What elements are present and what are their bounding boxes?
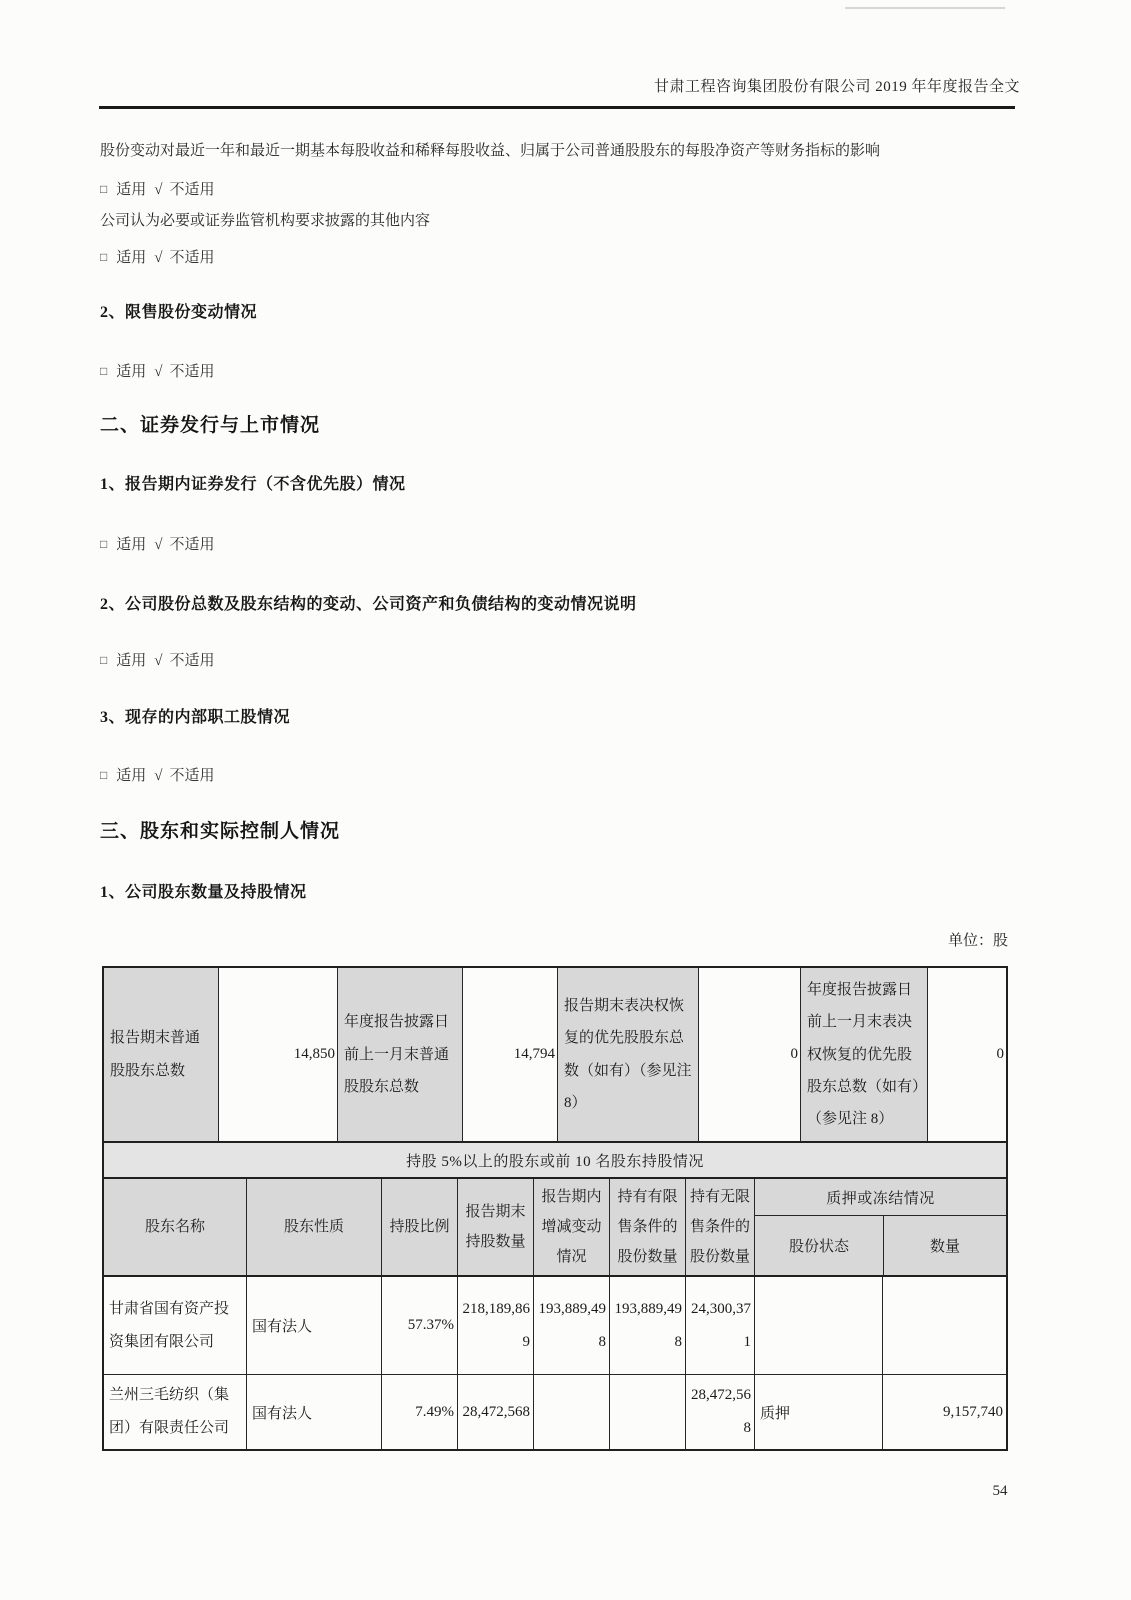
summary-label-ordinary-prior: 年度报告披露日前上一月末普通股股东总数 — [337, 968, 462, 1141]
applicability-line: □适用√不适用 — [100, 649, 1020, 670]
col-header-pledge-status: 股份状态 — [755, 1216, 883, 1275]
applicable-label: 适用 — [116, 653, 146, 669]
cell-change — [533, 1375, 609, 1449]
cell-shares-end: 218,189,869 — [457, 1277, 533, 1374]
pledge-group-header: 质押或冻结情况 股份状态 数量 — [754, 1179, 1006, 1275]
applicable-label: 适用 — [116, 182, 146, 198]
cell-shareholder-name: 甘肃省国有资产投资集团有限公司 — [104, 1277, 246, 1374]
summary-value-ordinary-end: 14,850 — [218, 968, 337, 1141]
not-applicable-label: 不适用 — [170, 653, 215, 669]
checkbox-icon: □ — [100, 250, 107, 264]
heading-restricted-shares: 2、限售股份变动情况 — [100, 299, 1020, 322]
applicability-line: □适用√不适用 — [100, 246, 1020, 267]
summary-value-preferred-prior: 0 — [927, 968, 1006, 1141]
summary-value-preferred-end: 0 — [698, 968, 800, 1141]
check-icon: √ — [154, 250, 162, 266]
applicability-line: □适用√不适用 — [100, 764, 1020, 785]
checkbox-icon: □ — [100, 653, 107, 667]
col-header-unrestricted: 持有无限售条件的股份数量 — [685, 1179, 754, 1275]
cell-ratio: 57.37% — [381, 1277, 457, 1374]
table-band-title: 持股 5%以上的股东或前 10 名股东持股情况 — [104, 1141, 1006, 1177]
summary-value-ordinary-prior: 14,794 — [462, 968, 557, 1141]
col-header-restricted: 持有有限售条件的股份数量 — [609, 1179, 685, 1275]
applicable-label: 适用 — [116, 250, 146, 266]
pledge-subheader-row: 股份状态 数量 — [755, 1216, 1006, 1275]
cell-pledge-qty — [882, 1277, 1006, 1374]
cell-shareholder-nature: 国有法人 — [246, 1375, 381, 1449]
cell-ratio: 7.49% — [381, 1375, 457, 1449]
col-header-pledge-group: 质押或冻结情况 — [755, 1179, 1006, 1216]
cell-shareholder-name: 兰州三毛纺织（集团）有限责任公司 — [104, 1375, 246, 1449]
cell-pledge-status — [754, 1277, 882, 1374]
check-icon: √ — [154, 653, 162, 669]
cell-unrestricted: 24,300,371 — [685, 1277, 754, 1374]
applicability-line: □适用√不适用 — [100, 533, 1020, 554]
cell-unrestricted: 28,472,568 — [685, 1375, 754, 1449]
summary-label-preferred-prior: 年度报告披露日前上一月末表决权恢复的优先股股东总数（如有）（参见注 8） — [800, 968, 927, 1141]
shareholder-summary-row: 报告期末普通股股东总数 14,850 年度报告披露日前上一月末普通股股东总数 1… — [104, 968, 1006, 1141]
document-page: 甘肃工程咨询集团股份有限公司 2019 年年度报告全文 股份变动对最近一年和最近… — [0, 0, 1131, 1600]
impact-statement: 股份变动对最近一年和最近一期基本每股收益和稀释每股收益、归属于公司普通股股东的每… — [100, 141, 1020, 163]
applicability-line: □适用√不适用 — [100, 360, 1020, 381]
page-number: 54 — [975, 1483, 1025, 1500]
cell-pledge-qty: 9,157,740 — [882, 1375, 1006, 1449]
cell-pledge-status: 质押 — [754, 1375, 882, 1449]
col-header-nature: 股东性质 — [246, 1179, 381, 1275]
applicability-line: □适用√不适用 — [100, 178, 1020, 199]
cell-restricted — [609, 1375, 685, 1449]
heading-shareholder-count: 1、公司股东数量及持股情况 — [100, 879, 1020, 902]
summary-label-ordinary-end: 报告期末普通股股东总数 — [104, 968, 218, 1141]
check-icon: √ — [154, 768, 162, 784]
unit-label: 单位：股 — [100, 929, 1008, 950]
check-icon: √ — [154, 182, 162, 198]
applicable-label: 适用 — [116, 537, 146, 553]
report-header-title: 甘肃工程咨询集团股份有限公司 2019 年年度报告全文 — [100, 75, 1020, 96]
summary-label-preferred-end: 报告期末表决权恢复的优先股股东总数（如有）（参见注 8） — [557, 968, 698, 1141]
check-icon: √ — [154, 537, 162, 553]
shareholder-table: 报告期末普通股股东总数 14,850 年度报告披露日前上一月末普通股股东总数 1… — [102, 966, 1008, 1451]
scan-artifact-line — [845, 7, 1005, 9]
cell-shareholder-nature: 国有法人 — [246, 1277, 381, 1374]
heading-issuance-in-period: 1、报告期内证券发行（不含优先股）情况 — [100, 471, 1020, 494]
table-header-row: 股东名称 股东性质 持股比例 报告期末持股数量 报告期内增减变动情况 持有有限售… — [104, 1177, 1006, 1275]
other-disclosure-statement: 公司认为必要或证券监管机构要求披露的其他内容 — [100, 211, 1020, 233]
heading-shareholders-controllers: 三、股东和实际控制人情况 — [100, 816, 1020, 843]
not-applicable-label: 不适用 — [170, 364, 215, 380]
checkbox-icon: □ — [100, 768, 107, 782]
heading-securities-issuance: 二、证券发行与上市情况 — [100, 410, 1020, 437]
col-header-name: 股东名称 — [104, 1179, 246, 1275]
table-row: 兰州三毛纺织（集团）有限责任公司 国有法人 7.49% 28,472,568 2… — [104, 1374, 1006, 1449]
checkbox-icon: □ — [100, 364, 107, 378]
applicable-label: 适用 — [116, 768, 146, 784]
applicable-label: 适用 — [116, 364, 146, 380]
cell-shares-end: 28,472,568 — [457, 1375, 533, 1449]
cell-restricted: 193,889,498 — [609, 1277, 685, 1374]
heading-employee-shares: 3、现存的内部职工股情况 — [100, 704, 1020, 727]
not-applicable-label: 不适用 — [170, 182, 215, 198]
table-row: 甘肃省国有资产投资集团有限公司 国有法人 57.37% 218,189,869 … — [104, 1275, 1006, 1374]
checkbox-icon: □ — [100, 182, 107, 196]
col-header-ratio: 持股比例 — [381, 1179, 457, 1275]
col-header-change: 报告期内增减变动情况 — [533, 1179, 609, 1275]
cell-change: 193,889,498 — [533, 1277, 609, 1374]
check-icon: √ — [154, 364, 162, 380]
checkbox-icon: □ — [100, 537, 107, 551]
not-applicable-label: 不适用 — [170, 768, 215, 784]
heading-share-structure-change: 2、公司股份总数及股东结构的变动、公司资产和负债结构的变动情况说明 — [100, 591, 1020, 614]
not-applicable-label: 不适用 — [170, 537, 215, 553]
not-applicable-label: 不适用 — [170, 250, 215, 266]
col-header-shares-end: 报告期末持股数量 — [457, 1179, 533, 1275]
col-header-pledge-qty: 数量 — [883, 1216, 1006, 1275]
header-divider — [99, 106, 1015, 109]
